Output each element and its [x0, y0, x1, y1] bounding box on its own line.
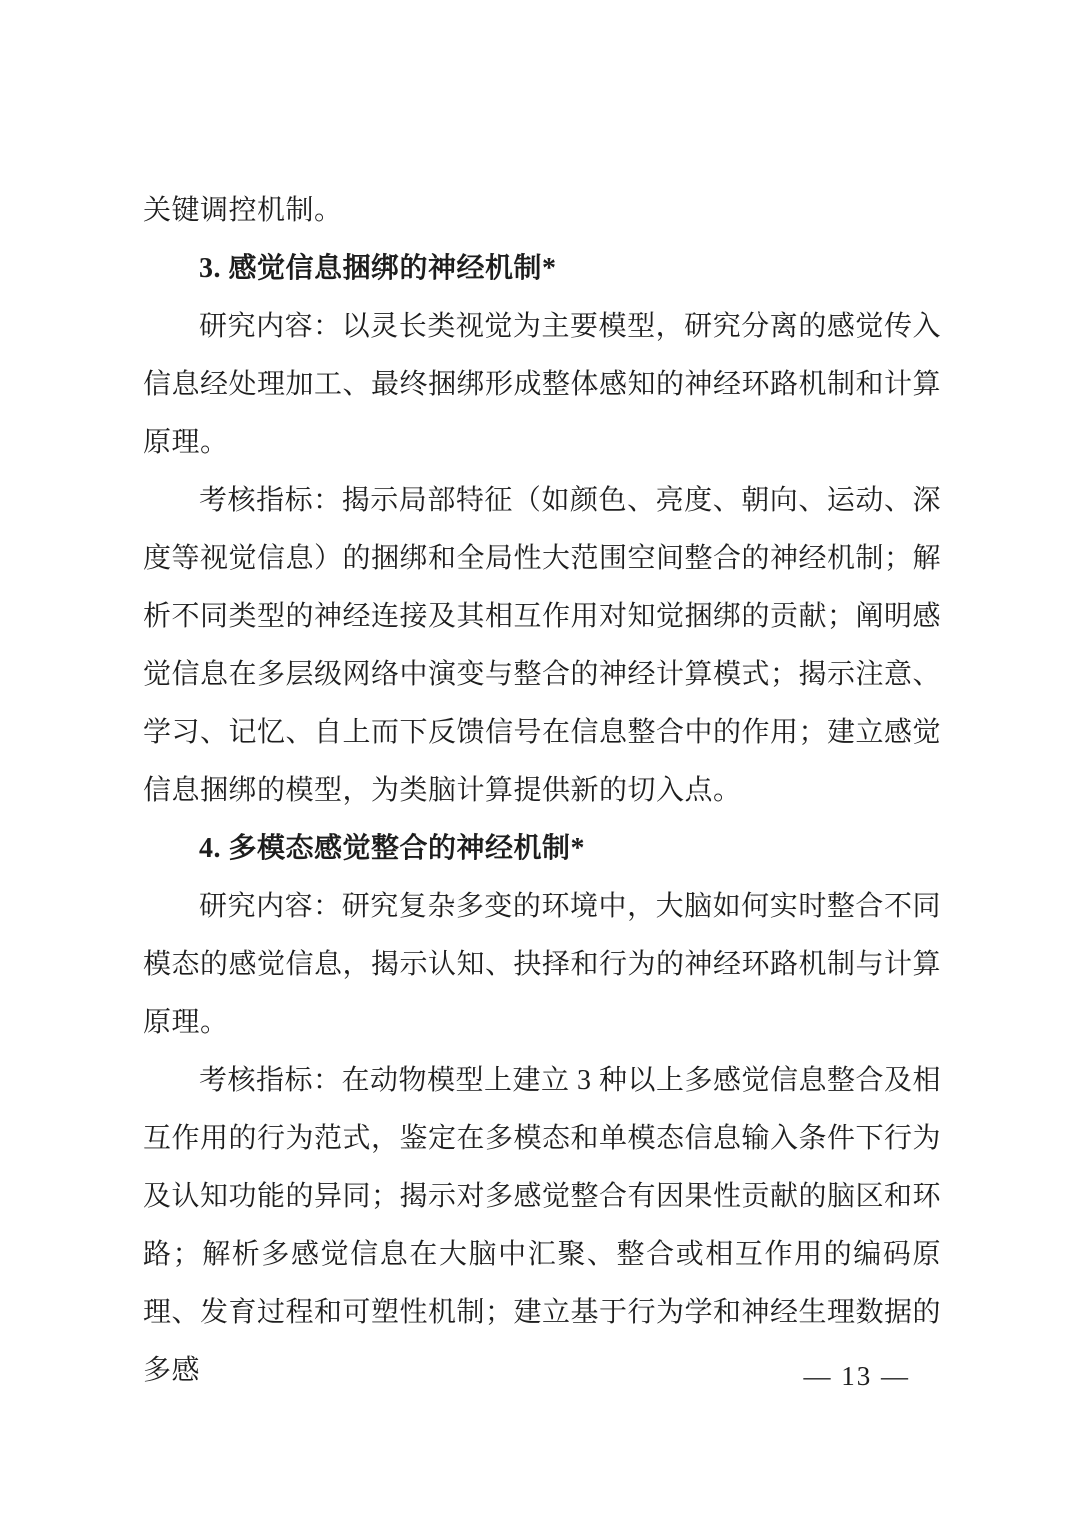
section-4-research-content: 研究内容：研究复杂多变的环境中，大脑如何实时整合不同模态的感觉信息，揭示认知、抉…	[143, 878, 941, 1052]
section-3-assessment-indicators: 考核指标：揭示局部特征（如颜色、亮度、朝向、运动、深度等视觉信息）的捆绑和全局性…	[143, 472, 941, 820]
document-body: 关键调控机制。 3. 感觉信息捆绑的神经机制* 研究内容：以灵长类视觉为主要模型…	[143, 182, 941, 1400]
section-4-assessment-indicators: 考核指标：在动物模型上建立 3 种以上多感觉信息整合及相互作用的行为范式，鉴定在…	[143, 1052, 941, 1400]
paragraph-continuation: 关键调控机制。	[143, 182, 941, 240]
section-3-heading: 3. 感觉信息捆绑的神经机制*	[143, 240, 941, 298]
document-page: 关键调控机制。 3. 感觉信息捆绑的神经机制* 研究内容：以灵长类视觉为主要模型…	[0, 0, 1080, 1527]
section-3-research-content: 研究内容：以灵长类视觉为主要模型，研究分离的感觉传入信息经处理加工、最终捆绑形成…	[143, 298, 941, 472]
section-4-heading: 4. 多模态感觉整合的神经机制*	[143, 820, 941, 878]
page-number: — 13 —	[804, 1356, 911, 1396]
